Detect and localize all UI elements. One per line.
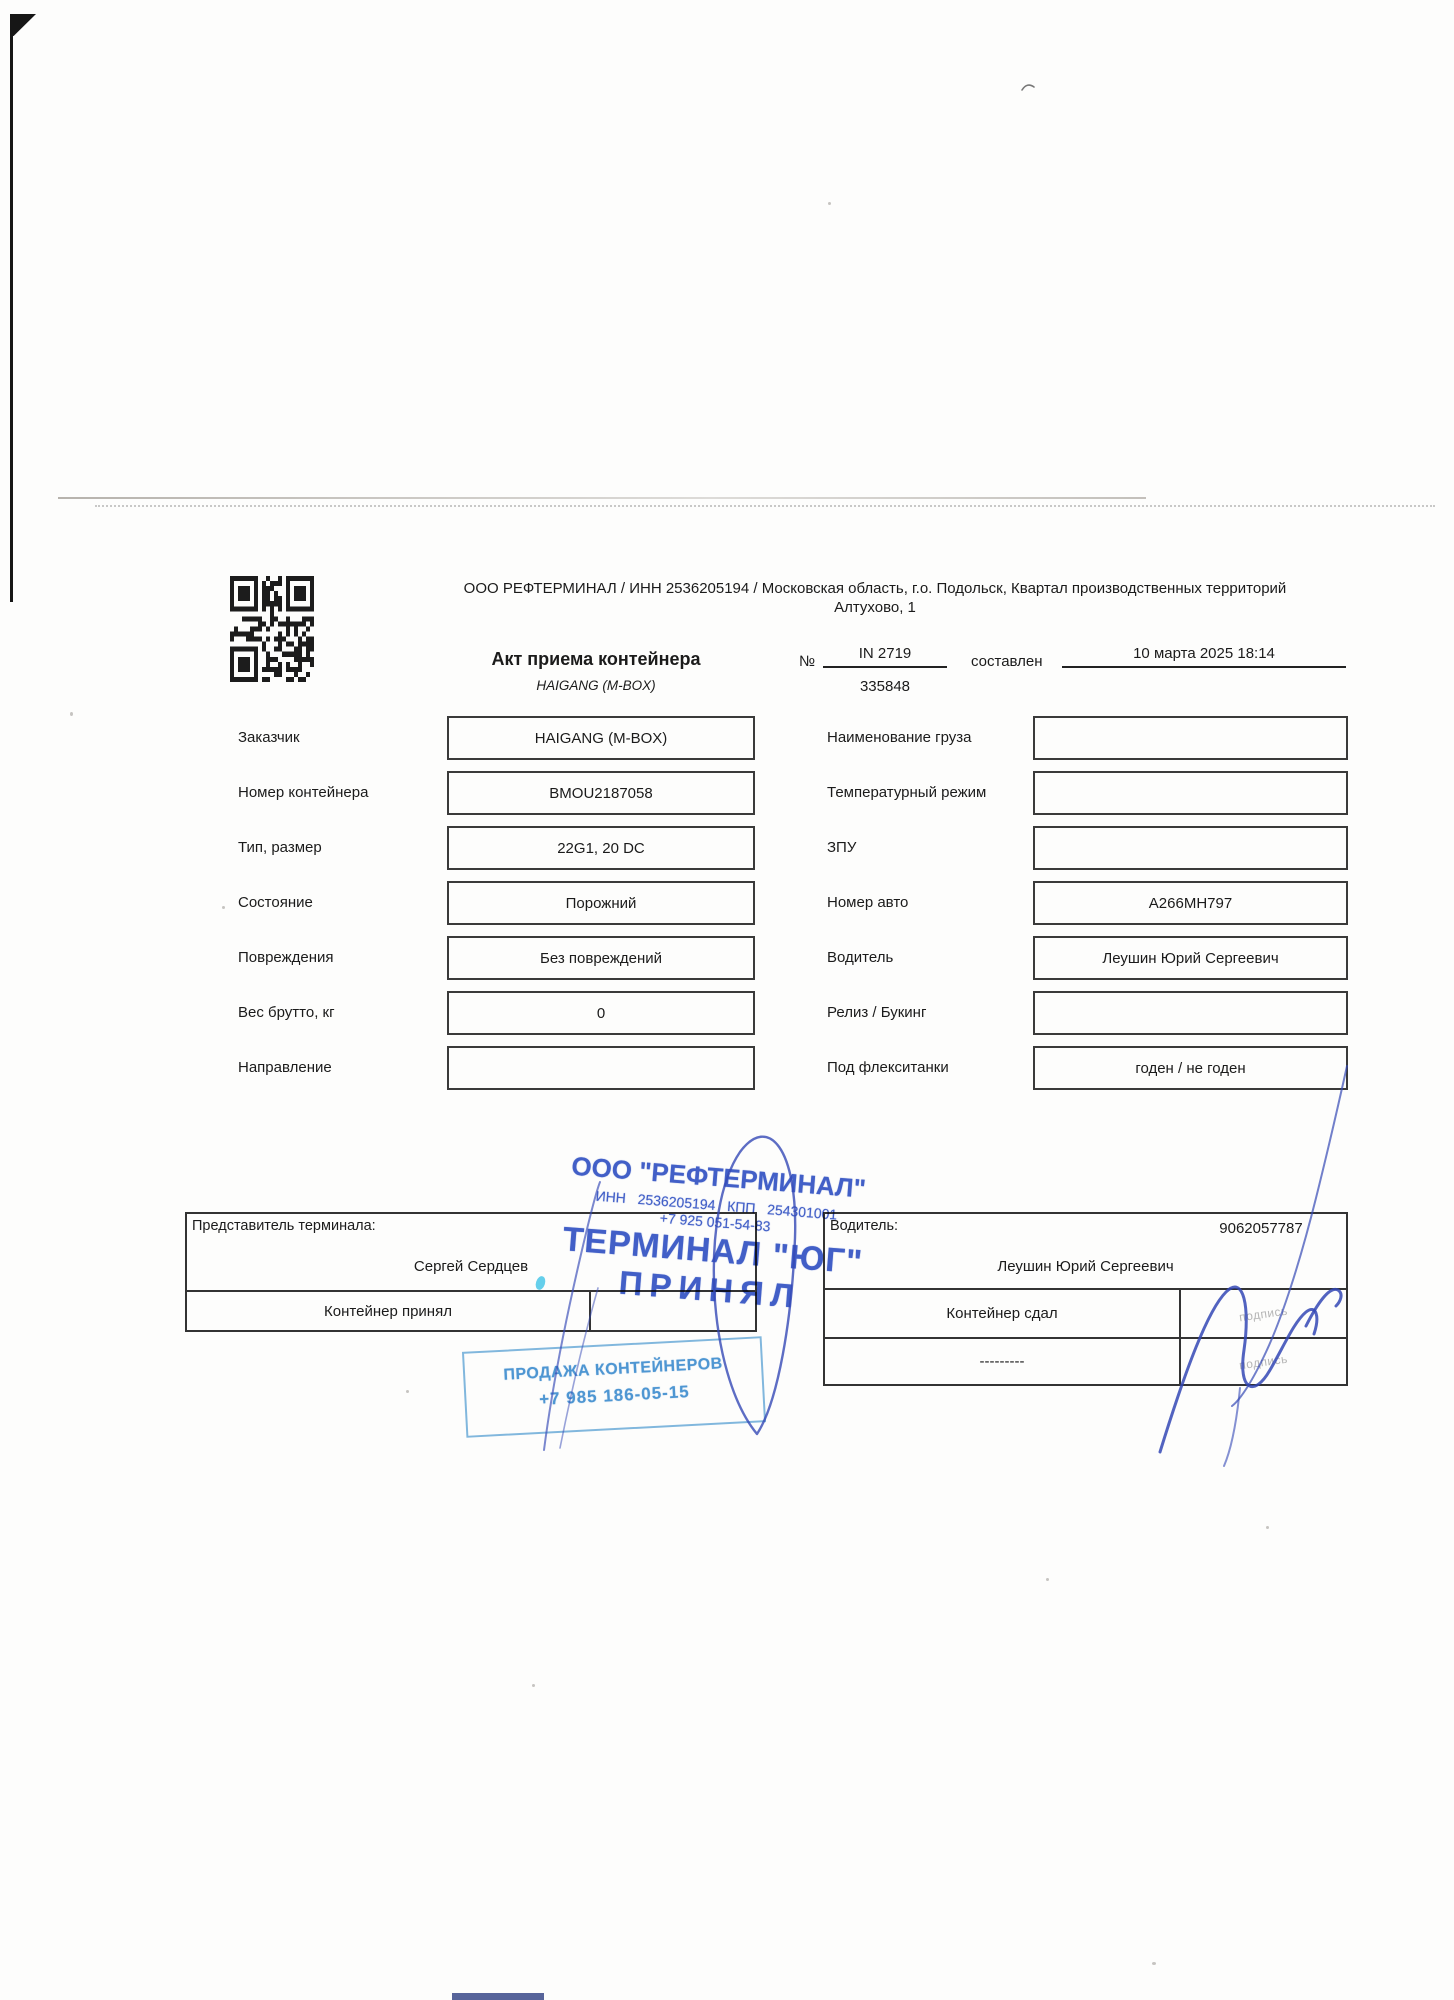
field-row: Вес брутто, кг 0 Релиз / Букинг [0,991,1454,1035]
paper-speck [1266,1526,1269,1529]
paper-speck [1152,1962,1156,1965]
field-row: Заказчик HAIGANG (M-BOX) Наименование гр… [0,716,1454,760]
field-value: 0 [597,1005,605,1022]
field-value: BMOU2187058 [549,785,652,802]
number-sign: № [799,653,815,670]
field-value-box [1033,991,1348,1035]
qr-code-graphic [230,576,314,682]
paper-speck [532,1684,535,1687]
qr-code [230,576,314,682]
field-label: Номер контейнера [238,784,368,801]
paper-fold-line [58,497,1146,499]
org-header: ООО РЕФТЕРМИНАЛ / ИНН 2536205194 / Моско… [405,579,1345,617]
document-number: IN 2719 [823,645,947,668]
composed-date: 10 марта 2025 18:14 [1062,645,1346,668]
scan-bottom-artifact [452,1993,544,2000]
field-value-box: Леушин Юрий Сергеевич [1033,936,1348,980]
field-value-box: Порожний [447,881,755,925]
sales-stamp: ПРОДАЖА КОНТЕЙНЕРОВ +7 985 186-05-15 [462,1336,766,1438]
org-header-line2: Алтухово, 1 [405,598,1345,617]
field-value-box: 22G1, 20 DC [447,826,755,870]
field-value-box: Без повреждений [447,936,755,980]
document-number-secondary: 335848 [823,678,947,695]
field-label: Под флекситанки [827,1059,949,1076]
field-value: годен / не годен [1135,1060,1245,1077]
field-value: Леушин Юрий Сергеевич [1102,950,1278,967]
field-row: Номер контейнера BMOU2187058 Температурн… [0,771,1454,815]
field-label: Релиз / Букинг [827,1004,926,1021]
field-label: Водитель [827,949,893,966]
document-subtitle: HAIGANG (M-BOX) [426,678,766,693]
field-label: ЗПУ [827,839,856,856]
paper-fold-dotted-line [95,505,1435,507]
paper-speck [828,202,831,205]
field-value: Без повреждений [540,950,662,967]
field-label: Температурный режим [827,784,986,801]
field-row: Тип, размер 22G1, 20 DC ЗПУ [0,826,1454,870]
document-title: Акт приема контейнера [426,649,766,670]
driver-signature-cell: подпись [1181,1290,1346,1337]
field-value-box: HAIGANG (M-BOX) [447,716,755,760]
scanned-document-page: ООО РЕФТЕРМИНАЛ / ИНН 2536205194 / Моско… [0,0,1454,2000]
field-row: Состояние Порожний Номер авто А266МН797 [0,881,1454,925]
scan-edge-artifact [10,14,36,36]
field-value: Порожний [566,895,637,912]
field-label: Повреждения [238,949,334,966]
org-header-line1: ООО РЕФТЕРМИНАЛ / ИНН 2536205194 / Моско… [405,579,1345,598]
field-value-box [1033,826,1348,870]
container-handed-cell: Контейнер сдал [825,1290,1181,1337]
signature-descender [1224,1388,1240,1466]
driver-name: Леушин Юрий Сергеевич [825,1258,1346,1275]
paper-speck [406,1390,409,1393]
field-value-box [447,1046,755,1090]
driver-signature-cell-2: подпись [1181,1339,1346,1384]
terminal-header-label: Представитель терминала: [192,1218,376,1234]
field-label: Состояние [238,894,313,911]
driver-phone: 9062057787 [1177,1220,1345,1237]
field-label: Тип, размер [238,839,322,856]
composed-label: составлен [971,653,1043,670]
paper-speck [1046,1578,1049,1581]
scan-edge-line [10,14,13,602]
field-value-box: 0 [447,991,755,1035]
pen-mark [1022,85,1034,90]
driver-table: Водитель: 9062057787 Леушин Юрий Сергеев… [823,1212,1348,1386]
signature-placeholder: подпись [1238,1351,1288,1372]
field-label: Наименование груза [827,729,972,746]
field-value: HAIGANG (M-BOX) [535,730,668,747]
container-accepted-cell: Контейнер принял [187,1292,591,1330]
signature-placeholder: подпись [1238,1303,1288,1324]
field-label: Вес брутто, кг [238,1004,335,1021]
field-row: Повреждения Без повреждений Водитель Леу… [0,936,1454,980]
field-value: 22G1, 20 DC [557,840,645,857]
field-row: Направление Под флекситанки годен / не г… [0,1046,1454,1090]
field-value-box [1033,771,1348,815]
field-value: А266МН797 [1149,895,1232,912]
field-value-box: А266МН797 [1033,881,1348,925]
field-label: Направление [238,1059,332,1076]
field-value-box: BMOU2187058 [447,771,755,815]
dashes-cell: --------- [825,1339,1181,1384]
field-label: Заказчик [238,729,300,746]
field-value-box [1033,716,1348,760]
field-value-box: годен / не годен [1033,1046,1348,1090]
terminal-stamp: ООО "РЕФТЕРМИНАЛ" ИНН 2536205194 КПП 254… [543,1150,885,1322]
field-label: Номер авто [827,894,908,911]
